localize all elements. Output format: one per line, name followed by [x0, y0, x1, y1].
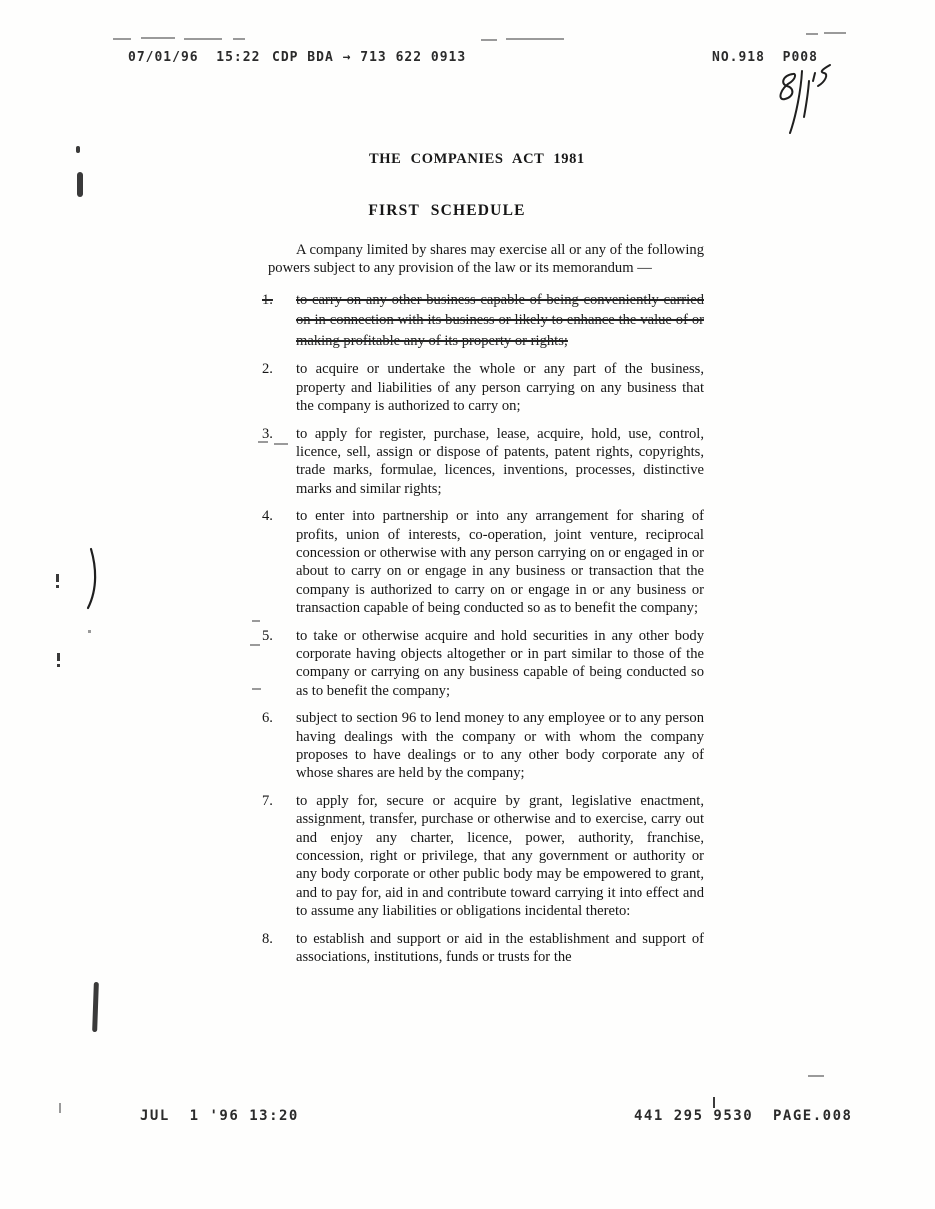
schedule-body: A company limited by shares may exercise… — [262, 241, 704, 976]
item-number: 5. — [262, 627, 296, 701]
scan-artifact — [113, 38, 131, 40]
intro-paragraph: A company limited by shares may exercise… — [268, 241, 704, 278]
fax-document-page: 07/01/96 15:22 CDP BDA → 713 622 0913 NO… — [0, 0, 935, 1209]
ink-mark — [56, 574, 59, 582]
item-text: to take or otherwise acquire and hold se… — [296, 627, 704, 701]
ink-mark — [59, 1103, 61, 1113]
item-number: 4. — [262, 507, 296, 617]
document-subtitle: FIRST SCHEDULE — [347, 202, 547, 220]
item-number: 8. — [262, 930, 296, 967]
ink-mark — [57, 664, 60, 667]
item-text: to apply for register, purchase, lease, … — [296, 425, 704, 499]
ink-mark — [77, 172, 83, 197]
scan-artifact — [824, 32, 846, 34]
ink-mark — [88, 630, 91, 633]
scan-artifact — [806, 33, 818, 35]
ink-mark — [250, 644, 260, 646]
handwritten-page-note — [752, 58, 852, 143]
fax-footer-number-page: 441 295 9530 PAGE.008 — [634, 1108, 852, 1124]
ink-mark — [92, 982, 99, 1032]
ink-mark — [252, 620, 260, 622]
item-text: to acquire or undertake the whole or any… — [296, 360, 704, 415]
scan-artifact — [481, 39, 497, 41]
ink-mark — [57, 653, 60, 661]
schedule-item-6: 6. subject to section 96 to lend money t… — [262, 709, 704, 783]
ink-mark — [76, 146, 80, 153]
ink-mark — [808, 1075, 824, 1077]
item-text: to enter into partnership or into any ar… — [296, 507, 704, 617]
schedule-item-5: 5. to take or otherwise acquire and hold… — [262, 627, 704, 701]
item-text: subject to section 96 to lend money to a… — [296, 709, 704, 783]
schedule-item-8: 8. to establish and support or aid in th… — [262, 930, 704, 967]
schedule-item-4: 4. to enter into partnership or into any… — [262, 507, 704, 617]
scan-artifact — [506, 38, 564, 40]
item-number: 6. — [262, 709, 296, 783]
item-text: to establish and support or aid in the e… — [296, 930, 704, 967]
ink-mark — [713, 1097, 715, 1108]
item-text: to carry on any other business capable o… — [296, 290, 704, 352]
scan-artifact — [184, 38, 222, 40]
ink-mark — [56, 585, 59, 588]
schedule-item-7: 7. to apply for, secure or acquire by gr… — [262, 792, 704, 921]
item-number: 1. — [262, 290, 296, 352]
item-number: 7. — [262, 792, 296, 921]
scan-artifact — [141, 37, 175, 39]
document-title: THE COMPANIES ACT 1981 — [369, 151, 569, 168]
item-number: 2. — [262, 360, 296, 415]
schedule-item-1: 1. to carry on any other business capabl… — [262, 290, 704, 352]
scan-artifact — [233, 38, 245, 40]
schedule-item-2: 2. to acquire or undertake the whole or … — [262, 360, 704, 415]
fax-header-route: CDP BDA → 713 622 0913 — [272, 50, 466, 65]
fax-footer-datetime: JUL 1 '96 13:20 — [140, 1108, 299, 1124]
schedule-item-3: 3. to apply for register, purchase, leas… — [262, 425, 704, 499]
item-number: 3. — [262, 425, 296, 499]
item-text: to apply for, secure or acquire by grant… — [296, 792, 704, 921]
ink-mark — [252, 688, 261, 690]
margin-bracket-mark — [84, 548, 104, 610]
fax-header-datetime: 07/01/96 15:22 — [128, 50, 260, 65]
